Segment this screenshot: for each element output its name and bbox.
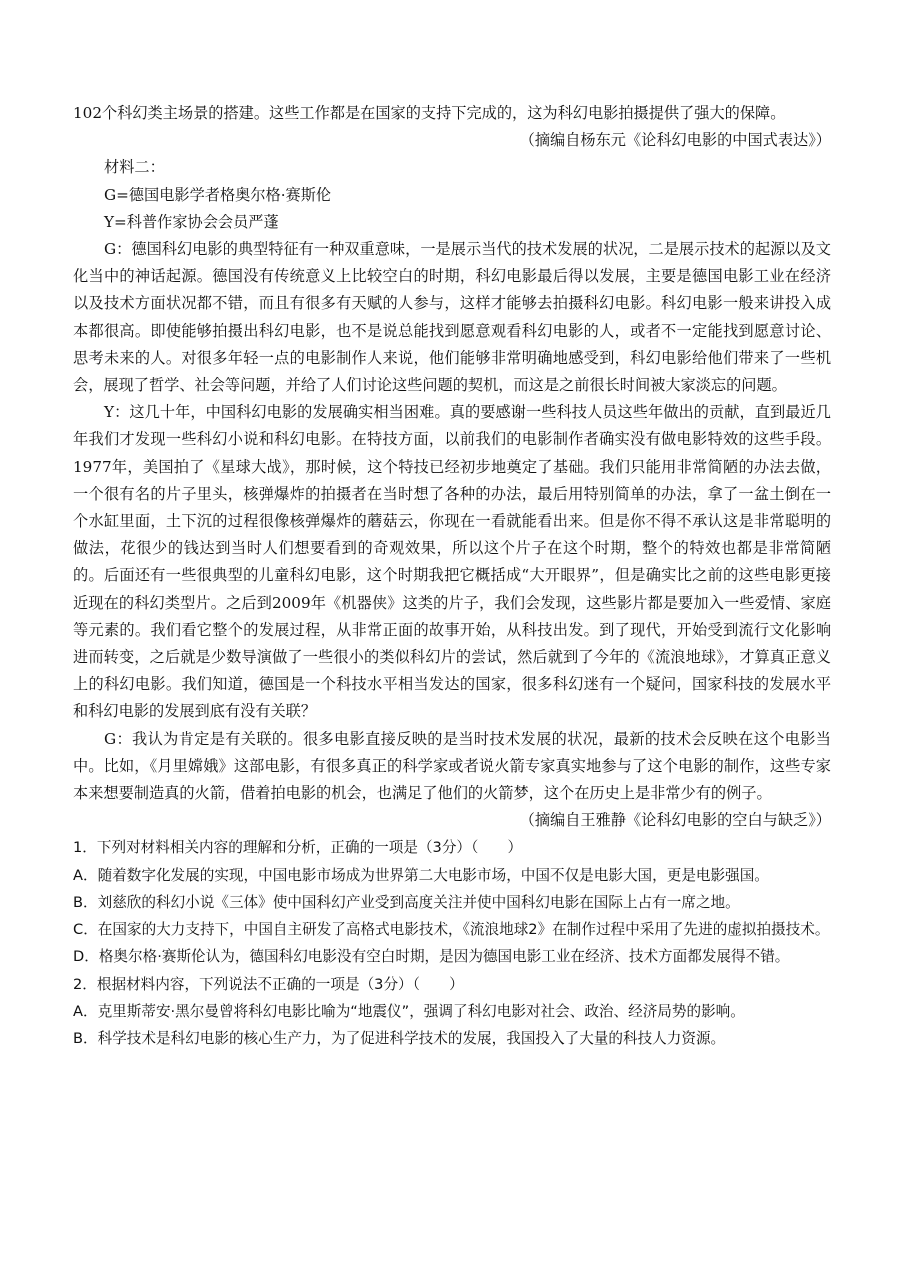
dialogue-paragraph-g2: G：我认为肯定是有关联的。很多电影直接反映的是当时技术发展的状况，最新的技术会反… xyxy=(73,726,831,808)
dialogue-paragraph-g1: G：德国科幻电影的典型特征有一种双重意味，一是展示当代的技术发展的状况，二是展示… xyxy=(73,236,831,399)
speaker-g: G=德国电影学者格奥尔格·赛斯伦 xyxy=(73,182,831,209)
dialogue-paragraph-y1: Y：这几十年，中国科幻电影的发展确实相当困难。真的要感谢一些科技人员这些年做出的… xyxy=(73,399,831,725)
speaker-y: Y=科普作家协会会员严蓬 xyxy=(73,209,831,236)
material1-source: （摘编自杨东元《论科幻电影的中国式表达》） xyxy=(73,127,831,154)
question-2-option-b: B．科学技术是科幻电影的核心生产力，为了促进科学技术的发展，我国投入了大量的科技… xyxy=(73,1025,831,1052)
exam-page: 102个科幻类主场景的搭建。这些工作都是在国家的支持下完成的，这为科幻电影拍摄提… xyxy=(73,100,831,1052)
material1-tail-text: 102个科幻类主场景的搭建。这些工作都是在国家的支持下完成的，这为科幻电影拍摄提… xyxy=(73,100,831,127)
question-1-option-a: A．随着数字化发展的实现，中国电影市场成为世界第二大电影市场，中国不仅是电影大国… xyxy=(73,862,831,889)
question-2-option-a: A．克里斯蒂安·黑尔曼曾将科幻电影比喻为“地震仪”，强调了科幻电影对社会、政治、… xyxy=(73,998,831,1025)
material2-heading: 材料二： xyxy=(73,154,831,181)
material2-source: （摘编自王雅静《论科幻电影的空白与缺乏》） xyxy=(73,807,831,834)
question-2: 2．根据材料内容，下列说法不正确的一项是（3分）（ ） A．克里斯蒂安·黑尔曼曾… xyxy=(73,971,831,1053)
question-1-option-c: C．在国家的大力支持下，中国自主研发了高格式电影技术，《流浪地球2》在制作过程中… xyxy=(73,916,831,943)
question-1: 1．下列对材料相关内容的理解和分析，正确的一项是（3分）（ ） A．随着数字化发… xyxy=(73,834,831,970)
question-2-stem: 2．根据材料内容，下列说法不正确的一项是（3分）（ ） xyxy=(73,971,831,998)
question-1-stem: 1．下列对材料相关内容的理解和分析，正确的一项是（3分）（ ） xyxy=(73,834,831,861)
question-1-option-b: B．刘慈欣的科幻小说《三体》使中国科幻产业受到高度关注并使中国科幻电影在国际上占… xyxy=(73,889,831,916)
question-1-option-d: D．格奥尔格·赛斯伦认为，德国科幻电影没有空白时期，是因为德国电影工业在经济、技… xyxy=(73,943,831,970)
